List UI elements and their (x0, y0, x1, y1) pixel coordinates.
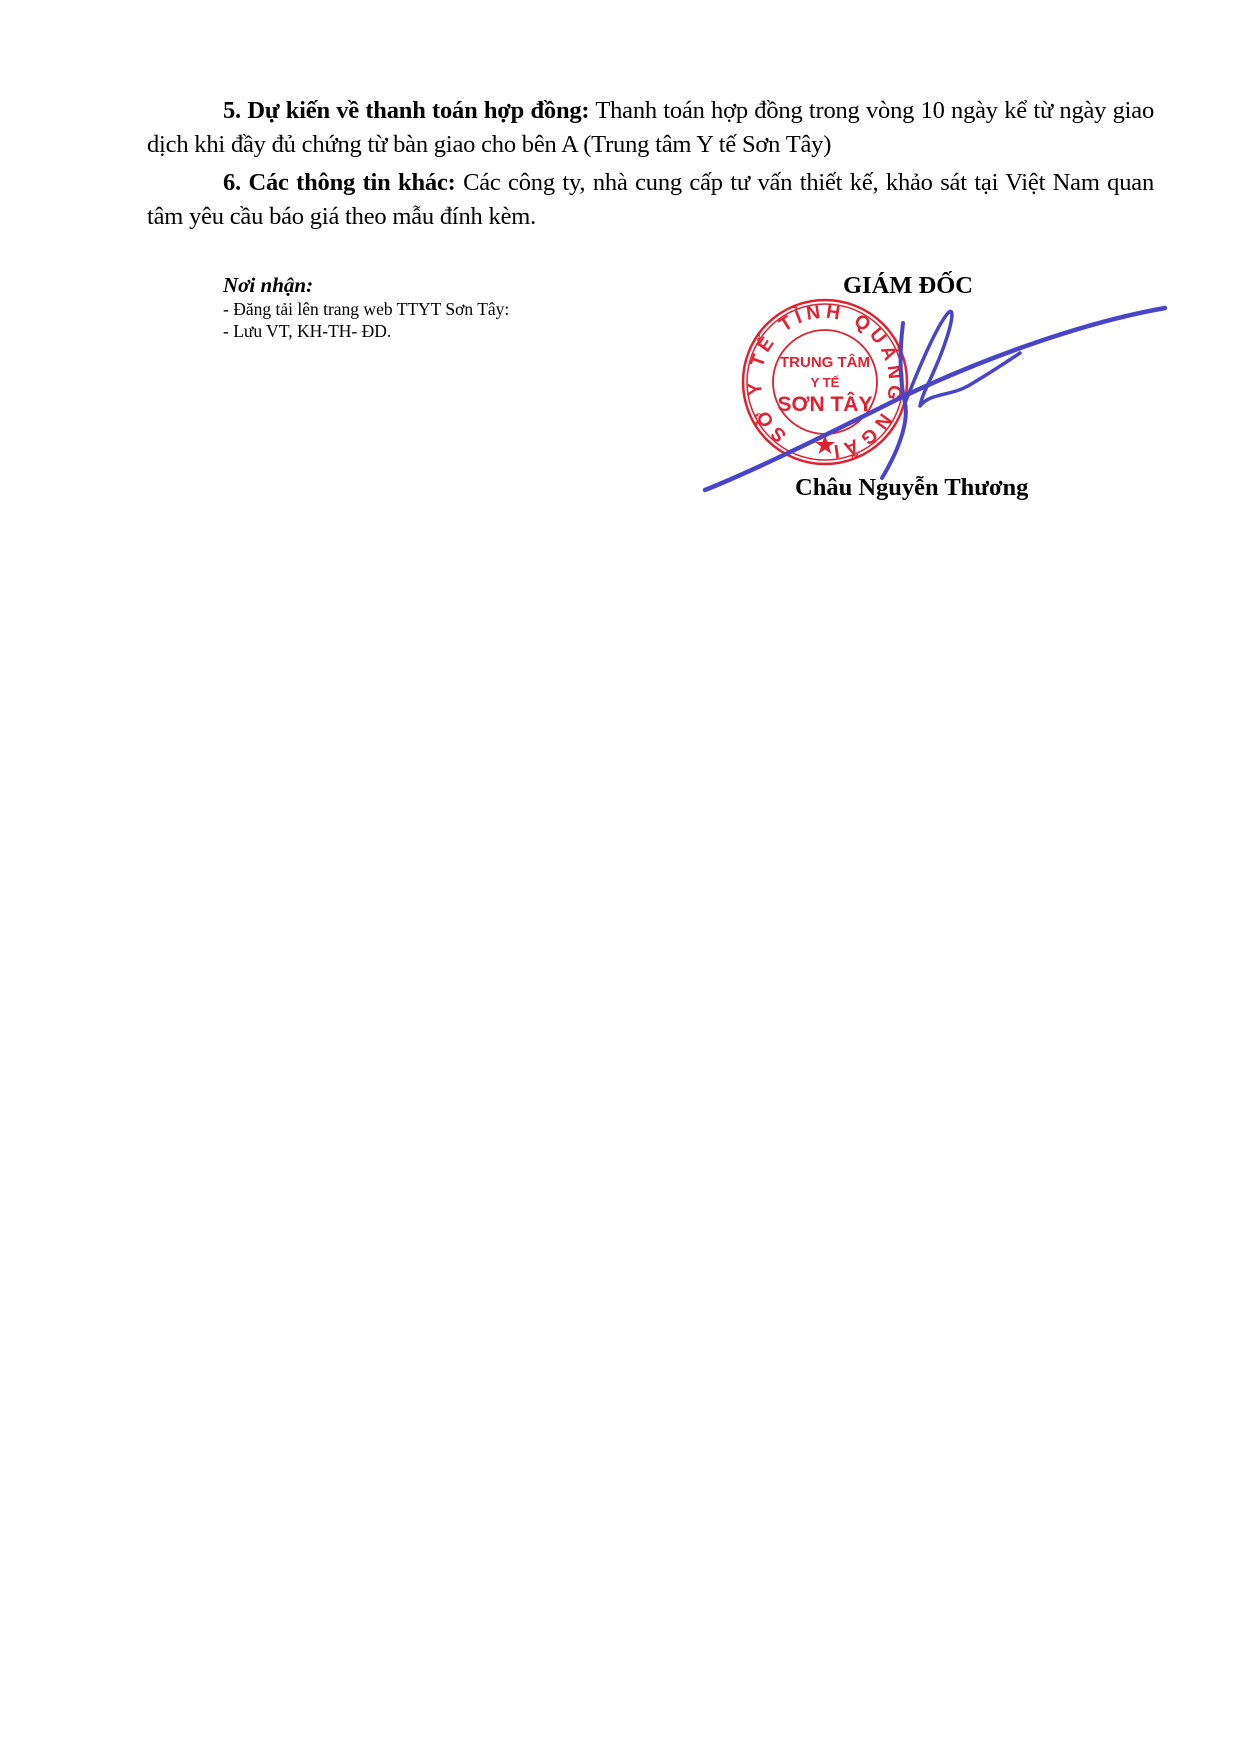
recipient-item: - Lưu VT, KH-TH- ĐD. (223, 320, 643, 342)
section-other-info: 6. Các thông tin khác: Các công ty, nhà … (147, 166, 1154, 234)
official-stamp-icon: SỞ Y TẾ TỈNH QUẢNG NGÃI TRUNG TÂM Y TẾ S… (740, 297, 910, 467)
section-heading: 6. Các thông tin khác: (223, 169, 456, 196)
svg-text:TRUNG TÂM: TRUNG TÂM (780, 353, 870, 371)
section-heading: 5. Dự kiến về thanh toán hợp đồng: (223, 97, 589, 124)
svg-text:SƠN TÂY: SƠN TÂY (778, 392, 873, 416)
section-payment-terms: 5. Dự kiến về thanh toán hợp đồng: Thanh… (147, 94, 1154, 162)
recipients-title: Nơi nhận: (223, 272, 643, 298)
document-page: 5. Dự kiến về thanh toán hợp đồng: Thanh… (0, 0, 1241, 1755)
signature-block: GIÁM ĐỐC SỞ Y TẾ TỈNH QUẢNG NGÃI TRUNG T… (700, 268, 1170, 558)
recipients-block: Nơi nhận: - Đăng tải lên trang web TTYT … (223, 272, 643, 342)
position-title: GIÁM ĐỐC (843, 272, 973, 300)
signer-name: Châu Nguyễn Thương (795, 474, 1028, 502)
svg-text:Y TẾ: Y TẾ (811, 375, 840, 390)
recipient-item: - Đăng tải lên trang web TTYT Sơn Tây: (223, 298, 643, 320)
